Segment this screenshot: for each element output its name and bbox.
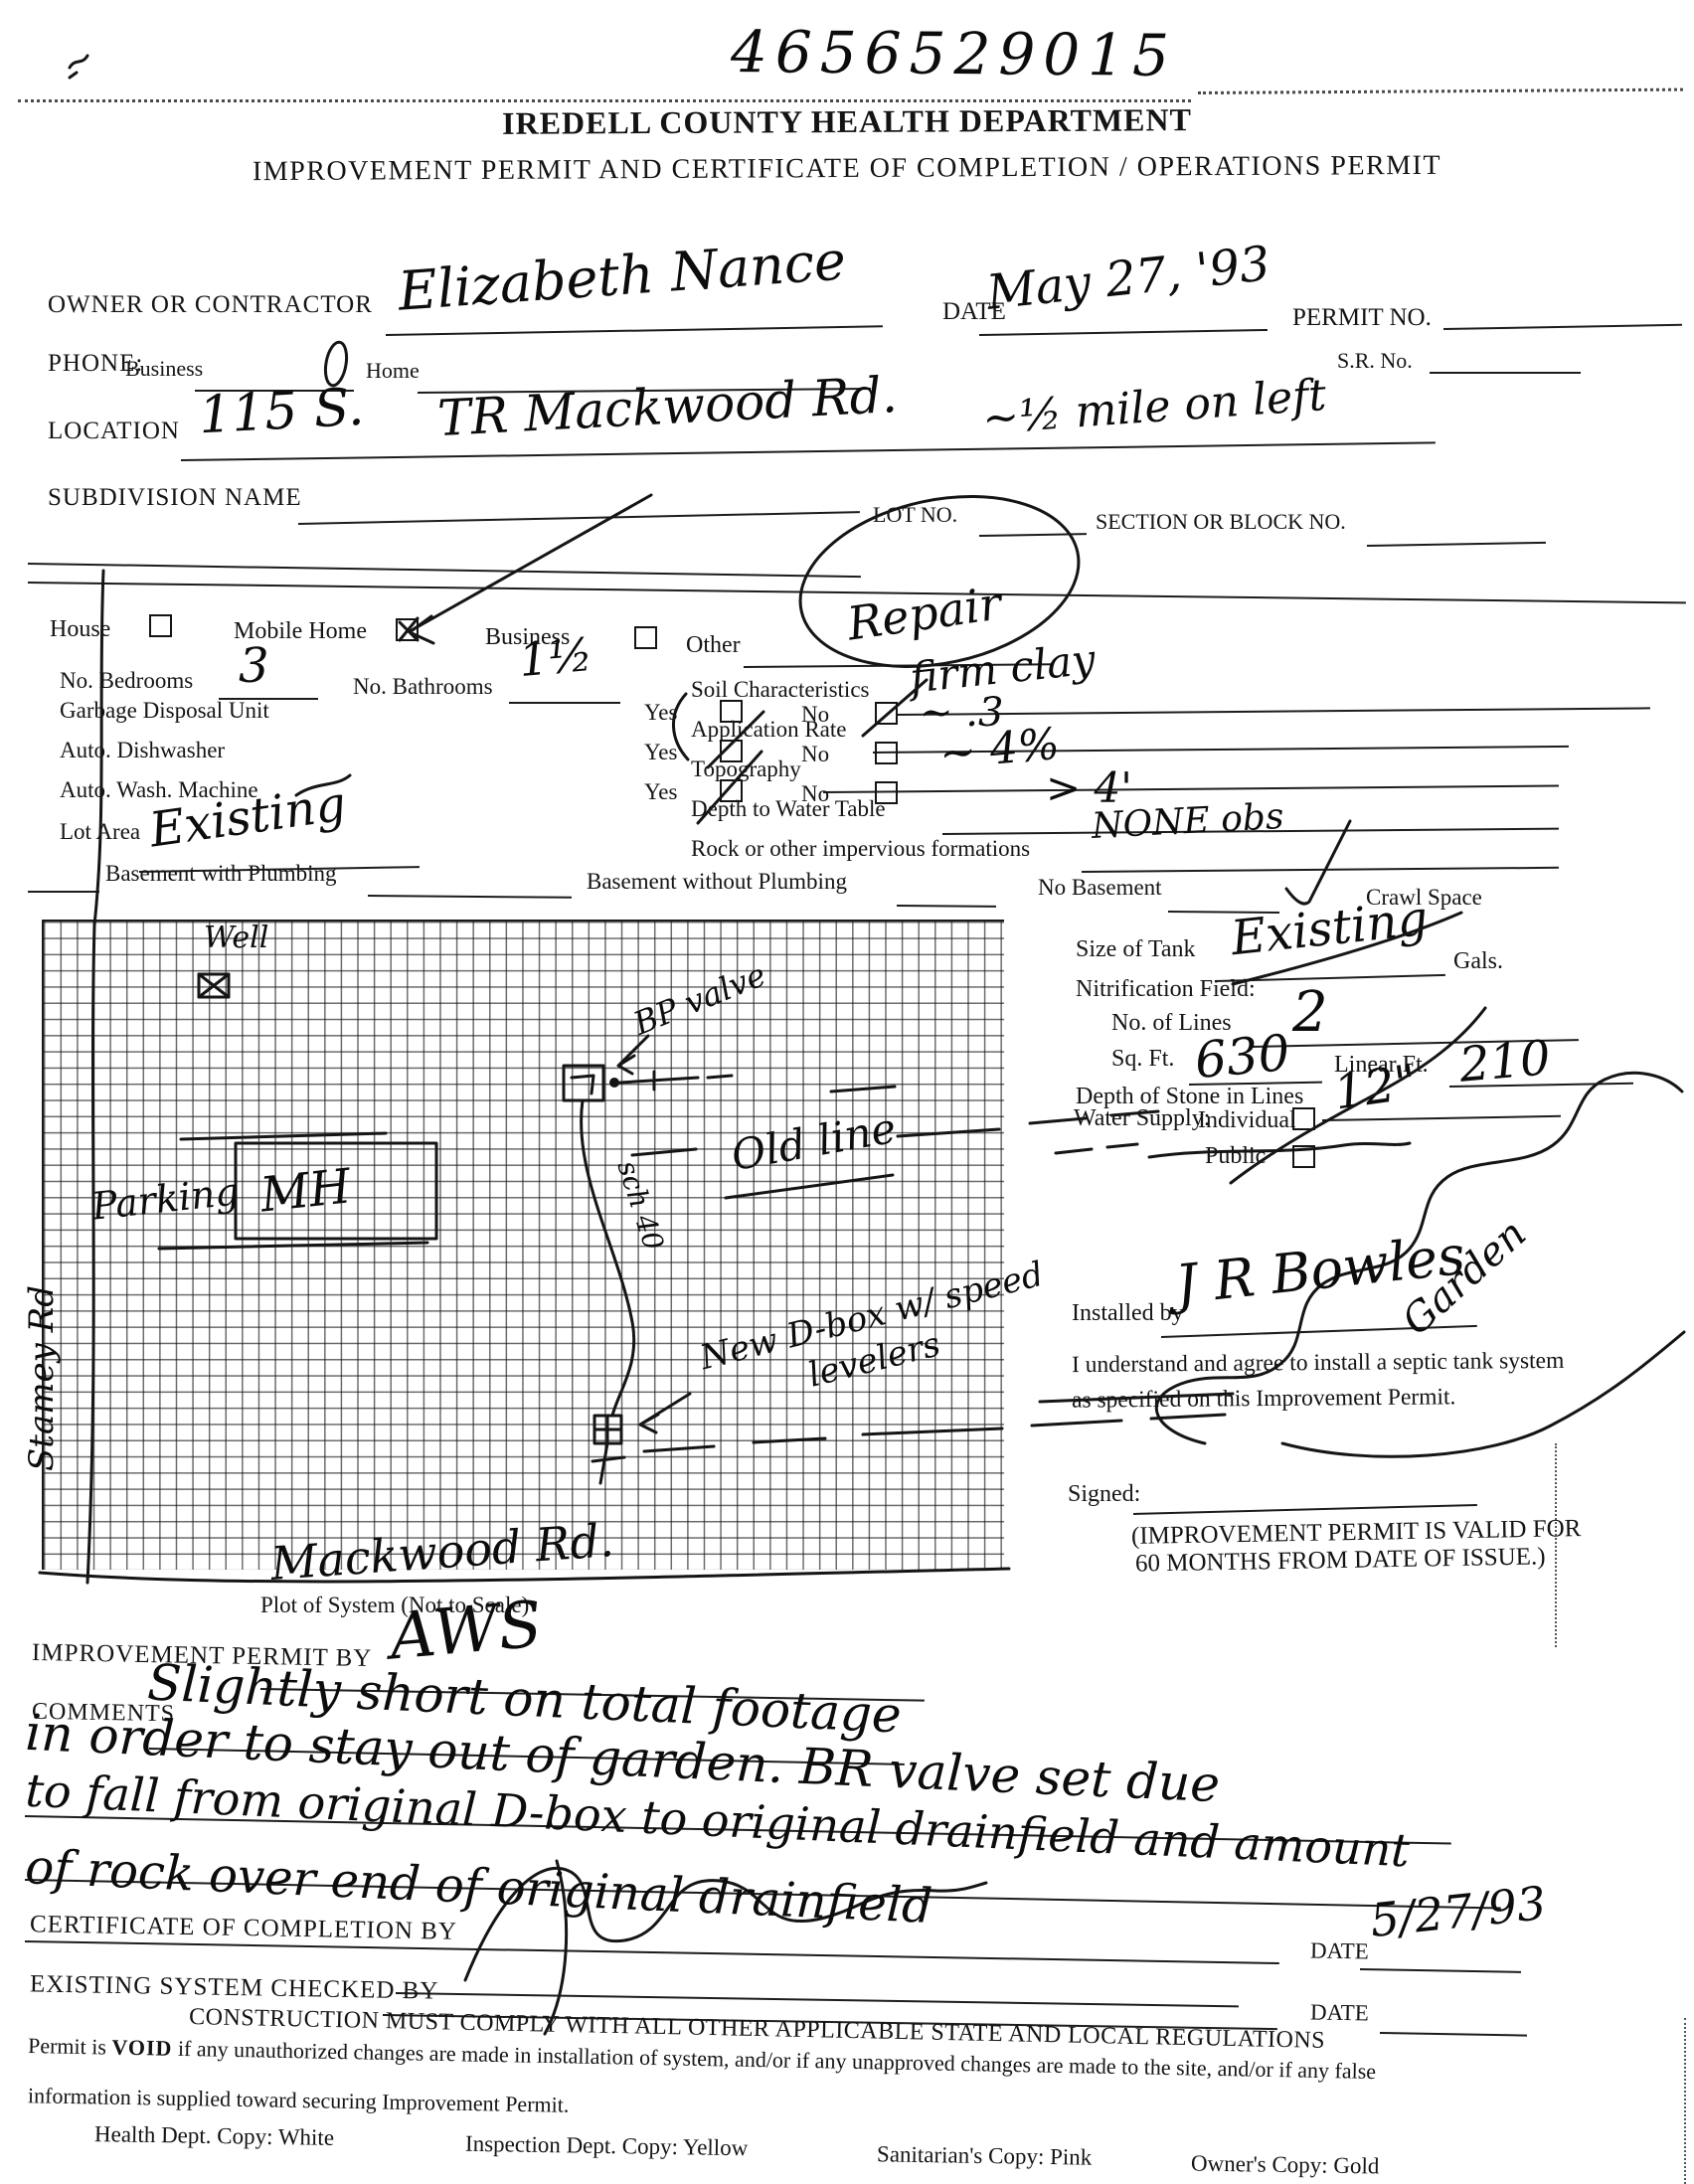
basement-line bbox=[368, 895, 572, 899]
owner-contractor-value: Elizabeth Nance bbox=[396, 229, 847, 322]
basement-lead-line bbox=[28, 891, 99, 893]
section-block-label: SECTION OR BLOCK NO. bbox=[1096, 509, 1346, 535]
location-value-road: TR Mackwood Rd. bbox=[436, 366, 899, 447]
basement-with-plumbing-label: Basement with Plumbing bbox=[105, 861, 337, 887]
scanned-permit-form: 4656529015 IREDELL COUNTY HEALTH DEPARTM… bbox=[0, 0, 1694, 2184]
owner-line bbox=[386, 325, 883, 336]
no-of-lines-value: 2 bbox=[1292, 980, 1328, 1045]
installed-by-label: Installed by bbox=[1072, 1300, 1184, 1327]
lot-area-label: Lot Area bbox=[60, 819, 140, 845]
owner-contractor-label: OWNER OR CONTRACTOR bbox=[48, 291, 373, 319]
copy-sanitarian: Sanitarian's Copy: Pink bbox=[877, 2141, 1093, 2170]
signed-label: Signed: bbox=[1068, 1481, 1140, 1508]
comments-rule bbox=[25, 1940, 1279, 1964]
location-value-number: 115 S. bbox=[198, 378, 366, 446]
void-word: VOID bbox=[111, 2035, 172, 2061]
topography-label: Topography bbox=[691, 756, 801, 782]
existing-date-label: DATE bbox=[1310, 1999, 1369, 2026]
bedrooms-label: No. Bedrooms bbox=[60, 668, 193, 694]
size-of-tank-label: Size of Tank bbox=[1076, 936, 1196, 963]
certificate-date-value: 5/27/93 bbox=[1368, 1876, 1549, 1947]
scan-dotted-line bbox=[1198, 88, 1683, 94]
separator-rule bbox=[28, 563, 861, 578]
crawl-space-checkmark bbox=[1286, 821, 1350, 904]
form-subtitle: IMPROVEMENT PERMIT AND CERTIFICATE OF CO… bbox=[253, 150, 1441, 188]
permit-no-line bbox=[1443, 324, 1682, 330]
bedrooms-value: 3 bbox=[239, 638, 269, 694]
improvement-permit-by-value: AWS bbox=[387, 1588, 545, 1674]
sq-ft-label: Sq. Ft. bbox=[1111, 1046, 1174, 1073]
lot-no-label: LOT NO. bbox=[873, 502, 957, 528]
public-label: Public bbox=[1205, 1143, 1266, 1170]
lot-no-line bbox=[979, 533, 1087, 537]
copy-health-dept: Health Dept. Copy: White bbox=[94, 2121, 334, 2151]
bathrooms-value: 1½ bbox=[517, 627, 594, 687]
scan-artifact-dots bbox=[1684, 2018, 1686, 2184]
water-supply-label: Water Supply: bbox=[1074, 1105, 1210, 1132]
stone-depth-value: 12" bbox=[1331, 1054, 1421, 1120]
size-of-tank-value: Existing bbox=[1229, 891, 1431, 966]
gals-label: Gals. bbox=[1453, 948, 1503, 975]
garbage-yes-label: Yes bbox=[644, 700, 677, 726]
date-line bbox=[979, 329, 1268, 336]
stamey-rd-label: Stamey Rd bbox=[22, 1143, 62, 1471]
linear-ft-value: 210 bbox=[1457, 1030, 1553, 1093]
water-table-label: Depth to Water Table bbox=[691, 796, 886, 822]
topography-line bbox=[823, 785, 1559, 793]
basement-line bbox=[897, 905, 996, 908]
individual-label: Individual bbox=[1198, 1107, 1296, 1134]
validity-note-line2: 60 MONTHS FROM DATE OF ISSUE.) bbox=[1135, 1543, 1546, 1578]
garbage-disposal-label: Garbage Disposal Unit bbox=[60, 698, 269, 724]
soil-characteristics-label: Soil Characteristics bbox=[691, 677, 870, 703]
bathrooms-line bbox=[509, 702, 620, 704]
house-label: House bbox=[50, 616, 110, 643]
document-number: 4656529015 bbox=[731, 18, 1178, 89]
checkbox-mobile-home bbox=[396, 618, 419, 641]
subdivision-label: SUBDIVISION NAME bbox=[48, 484, 302, 512]
date-value: May 27, '93 bbox=[984, 236, 1272, 321]
void-note-prefix: Permit is bbox=[28, 2033, 112, 2060]
scan-artifact-dots bbox=[1555, 1443, 1557, 1647]
topography-value: ~ 4% bbox=[937, 719, 1062, 779]
no-basement-label: No Basement bbox=[1038, 875, 1162, 901]
checkbox-business bbox=[634, 626, 657, 649]
checkbox-individual bbox=[1292, 1107, 1315, 1130]
sr-no-line bbox=[1430, 372, 1581, 374]
sr-no-label: S.R. No. bbox=[1337, 348, 1413, 374]
copy-owner: Owner's Copy: Gold bbox=[1191, 2151, 1380, 2180]
location-line bbox=[181, 441, 1436, 461]
form-title: IREDELL COUNTY HEALTH DEPARTMENT bbox=[502, 101, 1192, 142]
phone-home-label: Home bbox=[366, 358, 420, 384]
permit-no-label: PERMIT NO. bbox=[1292, 304, 1432, 332]
checkbox-dishwasher-no bbox=[875, 742, 898, 764]
mobile-home-sketch-label: MH bbox=[257, 1158, 353, 1223]
phone-business-label: Business bbox=[125, 356, 203, 382]
rock-formations-line bbox=[1082, 867, 1559, 873]
rock-formations-value: NONE obs bbox=[1091, 796, 1284, 847]
well-label: Well bbox=[204, 921, 268, 955]
other-value: Repair bbox=[844, 576, 1004, 650]
plot-grid-paper bbox=[42, 920, 1004, 1570]
location-label: LOCATION bbox=[48, 418, 180, 445]
existing-system-label: EXISTING SYSTEM CHECKED BY bbox=[30, 1970, 439, 2005]
section-block-line bbox=[1367, 542, 1546, 547]
certificate-date-label: DATE bbox=[1310, 1937, 1369, 1964]
sq-ft-value: 630 bbox=[1193, 1024, 1292, 1090]
signed-line bbox=[1133, 1504, 1477, 1515]
washer-yes-label: Yes bbox=[644, 779, 677, 805]
rock-formations-label: Rock or other impervious formations bbox=[691, 836, 1030, 862]
soil-characteristics-line bbox=[897, 707, 1650, 716]
scan-scribble-topleft bbox=[70, 56, 87, 78]
checkbox-public bbox=[1292, 1145, 1315, 1168]
copy-inspection-dept: Inspection Dept. Copy: Yellow bbox=[465, 2131, 749, 2161]
dishwasher-yes-label: Yes bbox=[644, 740, 677, 765]
bathrooms-label: No. Bathrooms bbox=[353, 674, 493, 700]
agreement-text-line2: as specified on this Improvement Permit. bbox=[1072, 1384, 1456, 1414]
checkbox-house bbox=[149, 614, 172, 637]
other-label: Other bbox=[686, 632, 741, 659]
location-value-directions: ~½ mile on left bbox=[981, 370, 1328, 444]
checkbox-garbage-no bbox=[875, 702, 898, 725]
nitrification-field-label: Nitrification Field: bbox=[1076, 976, 1256, 1003]
existing-date-line bbox=[1380, 2032, 1527, 2037]
dishwasher-label: Auto. Dishwasher bbox=[60, 738, 225, 763]
certificate-date-line bbox=[1360, 1968, 1521, 1973]
subdivision-line bbox=[298, 511, 860, 525]
certificate-signature-line bbox=[396, 1992, 1239, 2007]
basement-without-plumbing-label: Basement without Plumbing bbox=[587, 869, 847, 895]
void-note-line2: information is supplied toward securing … bbox=[28, 2083, 570, 2117]
dishwasher-no-label: No bbox=[801, 742, 829, 767]
agreement-text-line1: I understand and agree to install a sept… bbox=[1072, 1348, 1565, 1379]
application-rate-label: Application Rate bbox=[691, 717, 847, 743]
